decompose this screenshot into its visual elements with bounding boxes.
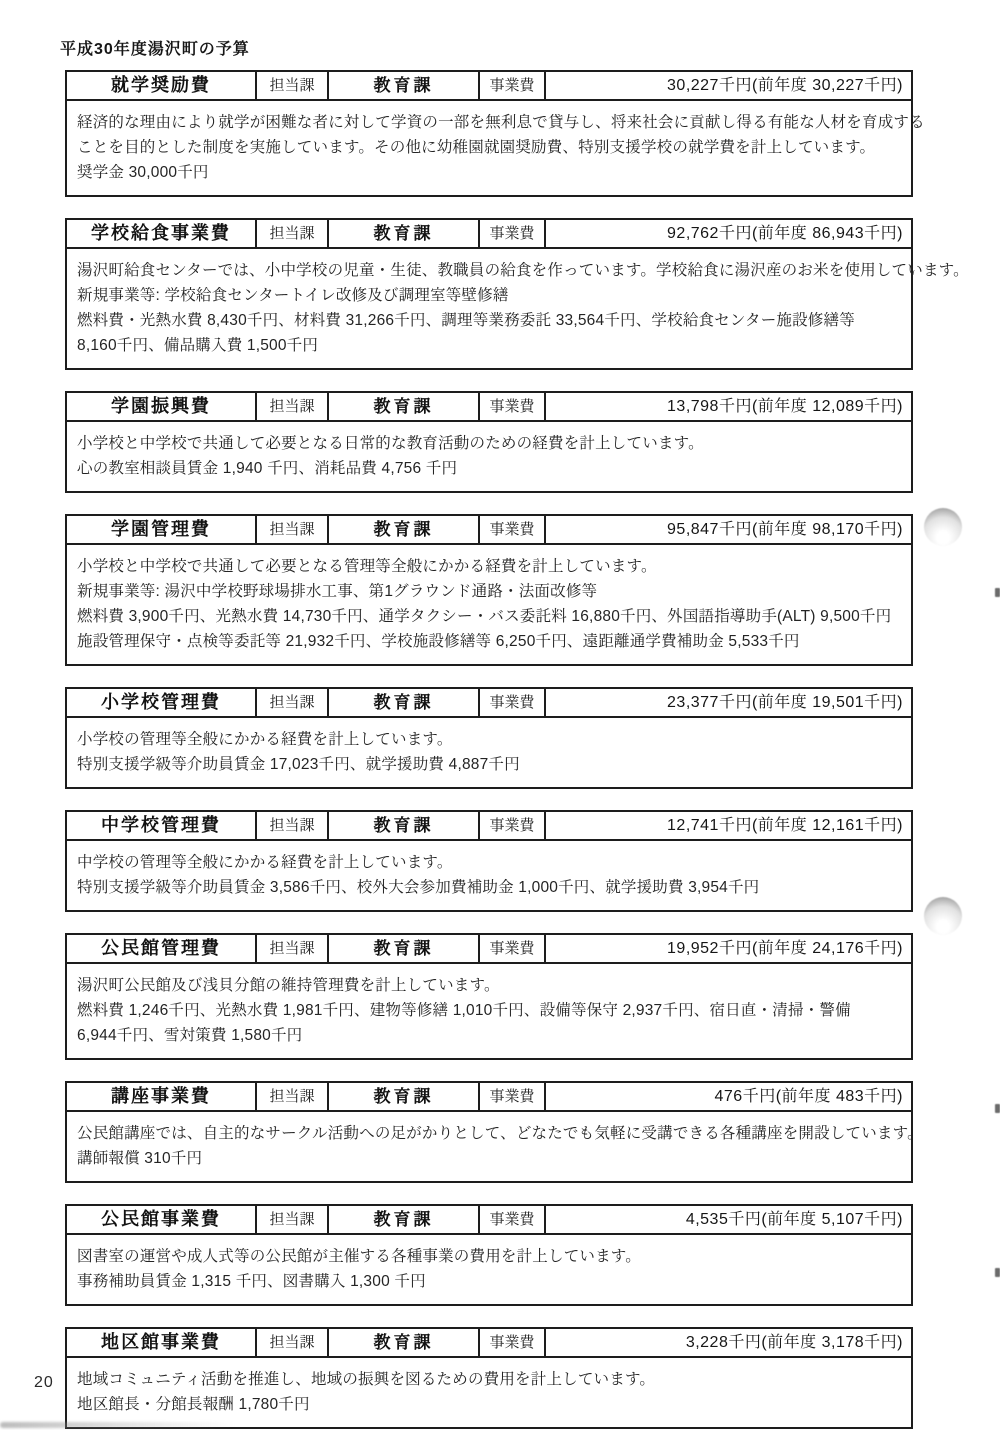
department-label: 担当課	[257, 812, 329, 839]
cost-label: 事業費	[480, 72, 546, 99]
cost-amount: 30,227千円(前年度 30,227千円)	[546, 72, 911, 99]
department-label: 担当課	[257, 1083, 329, 1110]
department-label: 担当課	[257, 1206, 329, 1233]
cost-label: 事業費	[480, 220, 546, 247]
cost-label: 事業費	[480, 935, 546, 962]
body-line: 6,944千円、雪対策費 1,580千円	[77, 1023, 899, 1048]
section-body: 経済的な理由により就学が困難な者に対して学資の一部を無利息で貸与し、将来社会に貢…	[67, 101, 911, 195]
cost-amount: 23,377千円(前年度 19,501千円)	[546, 689, 911, 716]
cost-label: 事業費	[480, 393, 546, 420]
cost-label: 事業費	[480, 1329, 546, 1356]
department-value: 教育課	[329, 1329, 480, 1356]
department-value: 教育課	[329, 689, 480, 716]
section-header-row: 中学校管理費 担当課 教育課 事業費 12,741千円(前年度 12,161千円…	[67, 812, 911, 841]
section-name: 就学奨励費	[67, 72, 257, 99]
body-line: 講師報償 310千円	[77, 1146, 899, 1171]
body-line: 燃料費 1,246千円、光熱水費 1,981千円、建物等修繕 1,010千円、設…	[77, 998, 899, 1023]
budget-section: 学校給食事業費 担当課 教育課 事業費 92,762千円(前年度 86,943千…	[65, 218, 913, 370]
section-header-row: 学校給食事業費 担当課 教育課 事業費 92,762千円(前年度 86,943千…	[67, 220, 911, 249]
department-value: 教育課	[329, 220, 480, 247]
department-label: 担当課	[257, 935, 329, 962]
scan-smudge	[0, 1422, 235, 1428]
section-body: 図書室の運営や成人式等の公民館が主催する各種事業の費用を計上しています。事務補助…	[67, 1235, 911, 1304]
section-name: 講座事業費	[67, 1083, 257, 1110]
section-header-row: 就学奨励費 担当課 教育課 事業費 30,227千円(前年度 30,227千円)	[67, 72, 911, 101]
body-line: 新規事業等: 湯沢中学校野球場排水工事、第1グラウンド通路・法面改修等	[77, 579, 899, 604]
budget-section: 公民館事業費 担当課 教育課 事業費 4,535千円(前年度 5,107千円) …	[65, 1204, 913, 1306]
cost-label: 事業費	[480, 689, 546, 716]
budget-section: 公民館管理費 担当課 教育課 事業費 19,952千円(前年度 24,176千円…	[65, 933, 913, 1060]
body-line: 図書室の運営や成人式等の公民館が主催する各種事業の費用を計上しています。	[77, 1244, 899, 1269]
section-header-row: 公民館管理費 担当課 教育課 事業費 19,952千円(前年度 24,176千円…	[67, 935, 911, 964]
department-label: 担当課	[257, 516, 329, 543]
budget-section: 学園管理費 担当課 教育課 事業費 95,847千円(前年度 98,170千円)…	[65, 514, 913, 666]
section-header-row: 学園管理費 担当課 教育課 事業費 95,847千円(前年度 98,170千円)	[67, 516, 911, 545]
body-line: ことを目的とした制度を実施しています。その他に幼稚園就園奨励費、特別支援学校の就…	[77, 135, 899, 160]
section-header-row: 学園振興費 担当課 教育課 事業費 13,798千円(前年度 12,089千円)	[67, 393, 911, 422]
body-line: 地区館長・分館長報酬 1,780千円	[77, 1392, 899, 1417]
binder-hole-shadow-icon	[924, 508, 962, 546]
department-label: 担当課	[257, 220, 329, 247]
cost-label: 事業費	[480, 1083, 546, 1110]
budget-section: 就学奨励費 担当課 教育課 事業費 30,227千円(前年度 30,227千円)…	[65, 70, 913, 197]
body-line: 新規事業等: 学校給食センタートイレ改修及び調理室等壁修繕	[77, 283, 899, 308]
section-header-row: 公民館事業費 担当課 教育課 事業費 4,535千円(前年度 5,107千円)	[67, 1206, 911, 1235]
cost-amount: 95,847千円(前年度 98,170千円)	[546, 516, 911, 543]
section-body: 小学校と中学校で共通して必要となる管理等全般にかかる経費を計上しています。新規事…	[67, 545, 911, 664]
department-value: 教育課	[329, 393, 480, 420]
body-line: 特別支援学級等介助員賃金 3,586千円、校外大会参加費補助金 1,000千円、…	[77, 875, 899, 900]
section-body: 湯沢町給食センターでは、小中学校の児童・生徒、教職員の給食を作っています。学校給…	[67, 249, 911, 368]
department-value: 教育課	[329, 1083, 480, 1110]
body-line: 小学校と中学校で共通して必要となる管理等全般にかかる経費を計上しています。	[77, 554, 899, 579]
cost-amount: 12,741千円(前年度 12,161千円)	[546, 812, 911, 839]
cost-amount: 92,762千円(前年度 86,943千円)	[546, 220, 911, 247]
section-name: 公民館管理費	[67, 935, 257, 962]
page-number: 20	[34, 1374, 54, 1392]
cost-amount: 4,535千円(前年度 5,107千円)	[546, 1206, 911, 1233]
section-name: 地区館事業費	[67, 1329, 257, 1356]
department-value: 教育課	[329, 812, 480, 839]
scan-edge-mark	[995, 588, 1000, 597]
cost-amount: 19,952千円(前年度 24,176千円)	[546, 935, 911, 962]
department-value: 教育課	[329, 72, 480, 99]
section-body: 公民館講座では、自主的なサークル活動への足がかりとして、どなたでも気軽に受講でき…	[67, 1112, 911, 1181]
scan-edge-mark	[995, 1104, 1000, 1113]
body-line: 公民館講座では、自主的なサークル活動への足がかりとして、どなたでも気軽に受講でき…	[77, 1121, 899, 1146]
section-name: 学園振興費	[67, 393, 257, 420]
department-label: 担当課	[257, 72, 329, 99]
department-label: 担当課	[257, 1329, 329, 1356]
budget-section: 講座事業費 担当課 教育課 事業費 476千円(前年度 483千円) 公民館講座…	[65, 1081, 913, 1183]
section-name: 中学校管理費	[67, 812, 257, 839]
body-line: 湯沢町公民館及び浅貝分館の維持管理費を計上しています。	[77, 973, 899, 998]
section-body: 小学校と中学校で共通して必要となる日常的な教育活動のための経費を計上しています。…	[67, 422, 911, 491]
scan-edge-mark	[995, 1268, 1000, 1277]
body-line: 心の教室相談員賃金 1,940 千円、消耗品費 4,756 千円	[77, 456, 899, 481]
section-body: 地域コミュニティ活動を推進し、地域の振興を図るための費用を計上しています。地区館…	[67, 1358, 911, 1427]
section-name: 小学校管理費	[67, 689, 257, 716]
cost-label: 事業費	[480, 516, 546, 543]
budget-section: 地区館事業費 担当課 教育課 事業費 3,228千円(前年度 3,178千円) …	[65, 1327, 913, 1429]
section-body: 湯沢町公民館及び浅貝分館の維持管理費を計上しています。燃料費 1,246千円、光…	[67, 964, 911, 1058]
cost-amount: 3,228千円(前年度 3,178千円)	[546, 1329, 911, 1356]
scanned-budget-page: 平成30年度湯沢町の予算 就学奨励費 担当課 教育課 事業費 30,227千円(…	[0, 0, 1000, 1430]
department-value: 教育課	[329, 516, 480, 543]
section-name: 学校給食事業費	[67, 220, 257, 247]
body-line: 地域コミュニティ活動を推進し、地域の振興を図るための費用を計上しています。	[77, 1367, 899, 1392]
budget-section: 学園振興費 担当課 教育課 事業費 13,798千円(前年度 12,089千円)…	[65, 391, 913, 493]
body-line: 燃料費・光熱水費 8,430千円、材料費 31,266千円、調理等業務委託 33…	[77, 308, 899, 333]
budget-section: 中学校管理費 担当課 教育課 事業費 12,741千円(前年度 12,161千円…	[65, 810, 913, 912]
budget-section: 小学校管理費 担当課 教育課 事業費 23,377千円(前年度 19,501千円…	[65, 687, 913, 789]
body-line: 事務補助員賃金 1,315 千円、図書購入 1,300 千円	[77, 1269, 899, 1294]
cost-label: 事業費	[480, 1206, 546, 1233]
department-value: 教育課	[329, 935, 480, 962]
department-value: 教育課	[329, 1206, 480, 1233]
section-header-row: 小学校管理費 担当課 教育課 事業費 23,377千円(前年度 19,501千円…	[67, 689, 911, 718]
binder-hole-shadow-icon	[924, 897, 962, 935]
section-name: 公民館事業費	[67, 1206, 257, 1233]
body-line: 特別支援学級等介助員賃金 17,023千円、就学援助費 4,887千円	[77, 752, 899, 777]
section-name: 学園管理費	[67, 516, 257, 543]
body-line: 燃料費 3,900千円、光熱水費 14,730千円、通学タクシー・バス委託料 1…	[77, 604, 899, 629]
body-line: 小学校の管理等全般にかかる経費を計上しています。	[77, 727, 899, 752]
department-label: 担当課	[257, 689, 329, 716]
page-title: 平成30年度湯沢町の予算	[60, 36, 250, 59]
cost-label: 事業費	[480, 812, 546, 839]
cost-amount: 13,798千円(前年度 12,089千円)	[546, 393, 911, 420]
body-line: 中学校の管理等全般にかかる経費を計上しています。	[77, 850, 899, 875]
department-label: 担当課	[257, 393, 329, 420]
body-line: 経済的な理由により就学が困難な者に対して学資の一部を無利息で貸与し、将来社会に貢…	[77, 110, 899, 135]
body-line: 小学校と中学校で共通して必要となる日常的な教育活動のための経費を計上しています。	[77, 431, 899, 456]
section-body: 中学校の管理等全般にかかる経費を計上しています。特別支援学級等介助員賃金 3,5…	[67, 841, 911, 910]
cost-amount: 476千円(前年度 483千円)	[546, 1083, 911, 1110]
section-header-row: 地区館事業費 担当課 教育課 事業費 3,228千円(前年度 3,178千円)	[67, 1329, 911, 1358]
section-header-row: 講座事業費 担当課 教育課 事業費 476千円(前年度 483千円)	[67, 1083, 911, 1112]
body-line: 施設管理保守・点検等委託等 21,932千円、学校施設修繕等 6,250千円、遠…	[77, 629, 899, 654]
budget-sections: 就学奨励費 担当課 教育課 事業費 30,227千円(前年度 30,227千円)…	[65, 70, 913, 1429]
body-line: 奨学金 30,000千円	[77, 160, 899, 185]
body-line: 湯沢町給食センターでは、小中学校の児童・生徒、教職員の給食を作っています。学校給…	[77, 258, 899, 283]
body-line: 8,160千円、備品購入費 1,500千円	[77, 333, 899, 358]
section-body: 小学校の管理等全般にかかる経費を計上しています。特別支援学級等介助員賃金 17,…	[67, 718, 911, 787]
